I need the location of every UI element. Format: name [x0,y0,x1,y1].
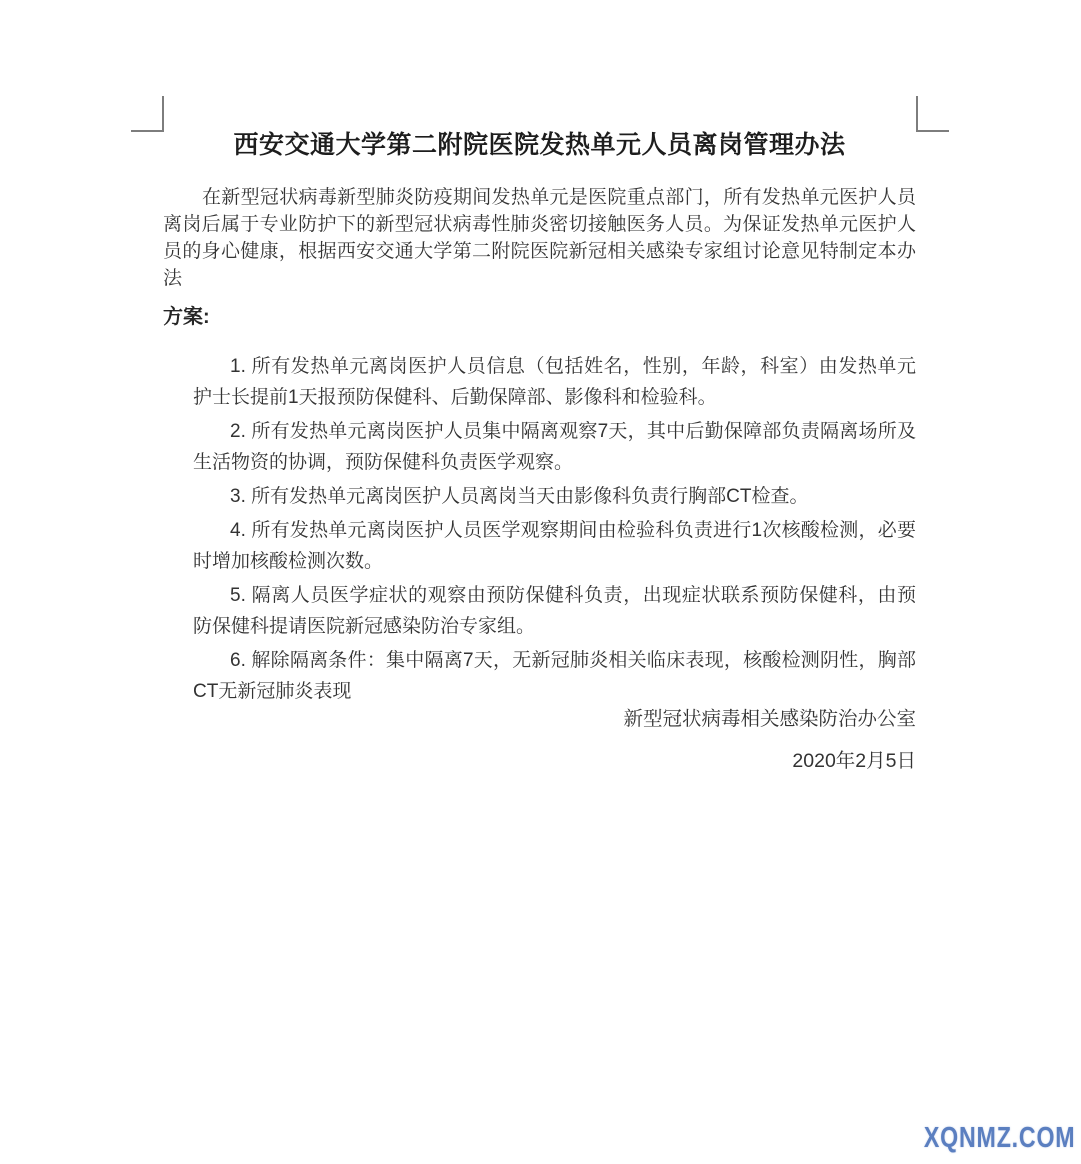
list-item: 1. 所有发热单元离岗医护人员信息（包括姓名，性别，年龄，科室）由发热单元护士长… [193,351,916,413]
signature-line: 新型冠状病毒相关感染防治办公室 [163,704,916,735]
document-page: 西安交通大学第二附院医院发热单元人员离岗管理办法 在新型冠状病毒新型肺炎防疫期间… [0,0,1081,1164]
list-item: 2. 所有发热单元离岗医护人员集中隔离观察7天，其中后勤保障部负责隔离场所及生活… [193,416,916,478]
list-item: 4. 所有发热单元离岗医护人员医学观察期间由检验科负责进行1次核酸检测，必要时增… [193,515,916,577]
section-heading: 方案: [163,304,916,331]
list-item: 3. 所有发热单元离岗医护人员离岗当天由影像科负责行胸部CT检查。 [193,481,916,512]
document-title: 西安交通大学第二附院医院发热单元人员离岗管理办法 [163,131,916,159]
intro-paragraph: 在新型冠状病毒新型肺炎防疫期间发热单元是医院重点部门，所有发热单元医护人员离岗后… [163,184,916,292]
text-boundary-corner-right [916,96,949,132]
list-item: 6. 解除隔离条件：集中隔离7天，无新冠肺炎相关临床表现，核酸检测阴性，胸部CT… [193,645,916,707]
text-boundary-corner-left [131,96,164,132]
document-body: 西安交通大学第二附院医院发热单元人员离岗管理办法 在新型冠状病毒新型肺炎防疫期间… [163,0,916,777]
site-watermark: XQNMZ.COM [923,1122,1075,1155]
plan-list: 1. 所有发热单元离岗医护人员信息（包括姓名，性别，年龄，科室）由发热单元护士长… [193,351,916,707]
list-item: 5. 隔离人员医学症状的观察由预防保健科负责，出现症状联系预防保健科，由预防保健… [193,580,916,642]
date-line: 2020年2月5日 [163,746,916,777]
